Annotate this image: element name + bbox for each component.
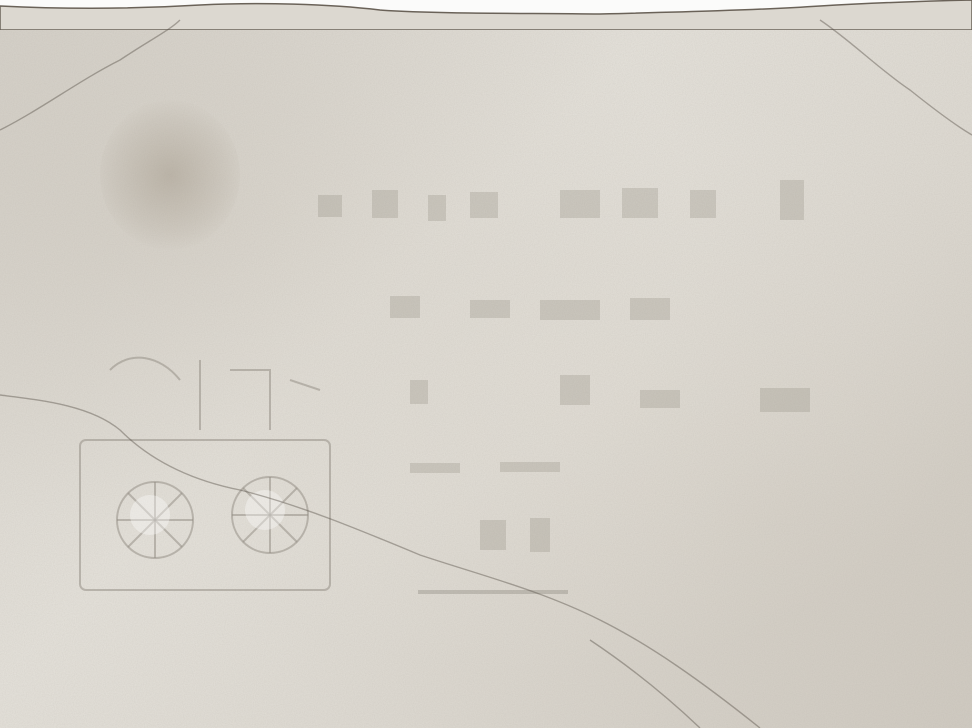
paper-creases [0,0,972,728]
